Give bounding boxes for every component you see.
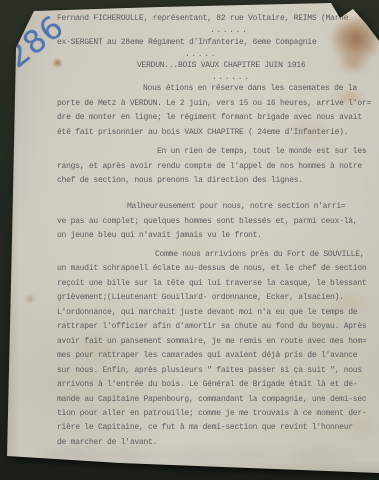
text-line: sur nous. Enfin, après plusieurs " faite… <box>57 364 375 378</box>
ink-bleed-ghost <box>40 440 360 468</box>
text-line: reçoit une bille sur la tête qui lui tra… <box>57 277 375 291</box>
header-rank-line: ex-SERGENT au 28eme Régiment d'Infanteri… <box>57 38 316 47</box>
text-line: arrivons à l'entrée du bois. Le Général … <box>57 378 375 392</box>
text-line: chef de section, nous prenons la directi… <box>57 174 375 189</box>
text-line: un maudit schrapnell éclate au-dessus de… <box>57 262 375 276</box>
dotted-separator: ...... <box>210 26 248 35</box>
scan-background: 286 Fernand FICHEROULLE, représentant, 8… <box>0 0 379 480</box>
text-line: ve pas au complet; quelques hommes sont … <box>57 215 375 230</box>
text-line: Malheureusement pour nous, notre section… <box>57 200 375 215</box>
paragraph: Nous étions en réserve dans les casemate… <box>57 82 375 140</box>
text-line: Comme nous arrivions près du Fort de SOU… <box>57 248 375 262</box>
stain <box>24 294 36 304</box>
paragraph: Malheureusement pour nous, notre section… <box>57 200 375 244</box>
text-line: L'ordonnance, qui marchait juste devant … <box>57 306 375 320</box>
text-line: dre de monter en ligne; le régiment form… <box>57 111 375 126</box>
text-line: été fait prisonnier au bois VAUX CHAPITR… <box>57 126 375 141</box>
text-line: rière le Capitaine, ce fut à ma demi-sec… <box>57 421 375 435</box>
dotted-separator: ..... <box>185 50 217 59</box>
header-identity-line: Fernand FICHEROULLE, représentant, 82 ru… <box>57 14 348 23</box>
document-title: VERDUN...BOIS VAUX CHAPITRE JUIN 1916 <box>137 61 305 70</box>
text-line: mes pour rattraper les camarades qui ava… <box>57 349 375 363</box>
paper-shadow-wrap: 286 Fernand FICHEROULLE, représentant, 8… <box>0 0 379 480</box>
text-line: mande au Capitaine Papenbourg, commandan… <box>57 393 375 407</box>
paragraph: En un rien de temps, tout le monde est s… <box>57 145 375 189</box>
text-line: rangs, et après avoir rendu compte de l'… <box>57 160 375 175</box>
text-line: avoir fait un pansement sommaire, je me … <box>57 335 375 349</box>
document-page: 286 Fernand FICHEROULLE, représentant, 8… <box>0 0 379 480</box>
text-line: Nous étions en réserve dans les casemate… <box>57 82 375 97</box>
text-line: grièvement;(Lieutenant Gouillard- ordonn… <box>57 291 375 305</box>
stain <box>336 52 370 74</box>
text-line: rattraper l'officier afin d'amortir sa c… <box>57 320 375 334</box>
text-line: porte de Metz à VERDUN. Le 2 juin, vers … <box>57 97 375 112</box>
text-line: tion pour aller en patrouille; comme je … <box>57 407 375 421</box>
text-line: En un rien de temps, tout le monde est s… <box>57 145 375 160</box>
text-line: un jeune bleu qui n'avait jamais vu le f… <box>57 229 375 244</box>
dotted-separator: ...... <box>212 73 250 82</box>
paragraph: Comme nous arrivions près du Fort de SOU… <box>57 248 375 450</box>
